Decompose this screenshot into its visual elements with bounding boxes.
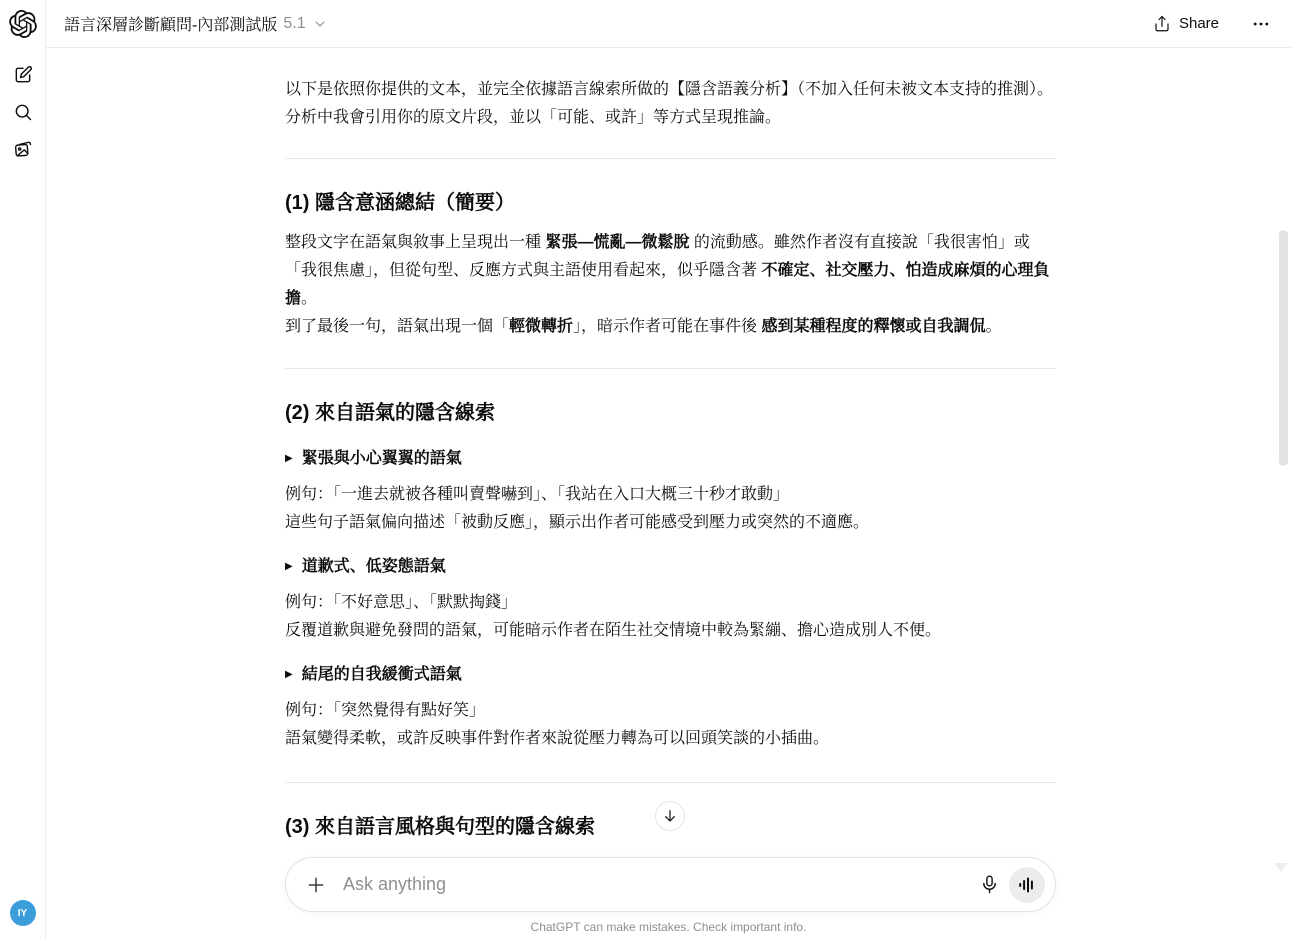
- more-options-icon: [1251, 14, 1271, 34]
- triangle-bullet-icon: ▶: [285, 661, 293, 689]
- assistant-message: 以下是依照你提供的文本，並完全依據語言線索所做的【隱含語義分析】（不加入任何未被…: [285, 48, 1056, 842]
- sidebar: IY: [0, 0, 46, 939]
- user-avatar[interactable]: IY: [10, 900, 36, 926]
- library-button[interactable]: [6, 132, 40, 166]
- subsection-2-heading: ▶道歉式、低姿態語氣: [285, 553, 1056, 581]
- disclaimer-text: ChatGPT can make mistakes. Check importa…: [46, 920, 1291, 934]
- new-chat-icon: [13, 65, 33, 85]
- chatgpt-app: IY 語言深層診斷顧問-內部測試版 5.1 Share 以下是依照你提供的文本，…: [0, 0, 1291, 939]
- subsection-3-paragraph: 例句：「突然覺得有點好笑」語氣變得柔軟，或許反映事件對作者來說從壓力轉為可以回頭…: [285, 697, 1056, 753]
- arrow-down-icon: [662, 808, 678, 824]
- share-label: Share: [1179, 15, 1219, 32]
- attach-button[interactable]: [304, 873, 328, 897]
- section-1-heading: (1) 隱含意涵總結（簡要）: [285, 188, 1056, 218]
- scroll-to-bottom-button[interactable]: [655, 801, 685, 831]
- triangle-bullet-icon: ▶: [285, 445, 293, 473]
- subsection-2-paragraph: 例句：「不好意思」、「默默掏錢」反覆道歉與避免發問的語氣，可能暗示作者在陌生社交…: [285, 589, 1056, 645]
- search-button[interactable]: [6, 95, 40, 129]
- chatgpt-logo-icon[interactable]: [9, 10, 37, 38]
- chevron-down-icon: [312, 16, 328, 32]
- new-chat-button[interactable]: [6, 58, 40, 92]
- section-1-paragraph: 整段文字在語氣與敘事上呈現出一種 緊張—慌亂—微鬆脫 的流動感。雖然作者沒有直接…: [285, 229, 1056, 341]
- subsection-1-paragraph: 例句：「一進去就被各種叫賣聲嚇到」、「我站在入口大概三十秒才敢動」這些句子語氣偏…: [285, 481, 1056, 537]
- conversation-title-menu[interactable]: 語言深層診斷顧問-內部測試版 5.1: [64, 12, 328, 35]
- voice-mode-button[interactable]: [1009, 867, 1045, 903]
- subsection-3-heading: ▶結尾的自我緩衝式語氣: [285, 661, 1056, 689]
- search-icon: [13, 102, 33, 122]
- intro-paragraph: 以下是依照你提供的文本，並完全依據語言線索所做的【隱含語義分析】（不加入任何未被…: [285, 76, 1056, 132]
- voice-waveform-icon: [1018, 876, 1036, 894]
- more-options-button[interactable]: [1245, 8, 1277, 40]
- triangle-bullet-icon: ▶: [285, 553, 293, 581]
- scrollbar-thumb[interactable]: [1279, 230, 1288, 466]
- composer: [285, 857, 1056, 912]
- share-icon: [1153, 15, 1171, 33]
- scrollbar-down-arrow-icon[interactable]: [1274, 863, 1288, 872]
- dictate-button[interactable]: [975, 871, 1003, 899]
- header: 語言深層診斷顧問-內部測試版 5.1 Share: [46, 0, 1291, 48]
- sidebar-nav: [6, 58, 40, 169]
- library-icon: [13, 139, 33, 159]
- model-version: 5.1: [283, 15, 305, 33]
- section-2-heading: (2) 來自語氣的隱含線索: [285, 398, 1056, 428]
- microphone-icon: [979, 874, 1000, 895]
- share-button[interactable]: Share: [1145, 9, 1227, 39]
- message-input[interactable]: [341, 873, 975, 896]
- subsection-1-heading: ▶緊張與小心翼翼的語氣: [285, 445, 1056, 473]
- header-actions: Share: [1145, 8, 1277, 40]
- section-divider: [285, 782, 1056, 783]
- section-divider: [285, 368, 1056, 369]
- section-divider: [285, 158, 1056, 159]
- plus-icon: [306, 875, 326, 895]
- page-title: 語言深層診斷顧問-內部測試版: [64, 12, 277, 35]
